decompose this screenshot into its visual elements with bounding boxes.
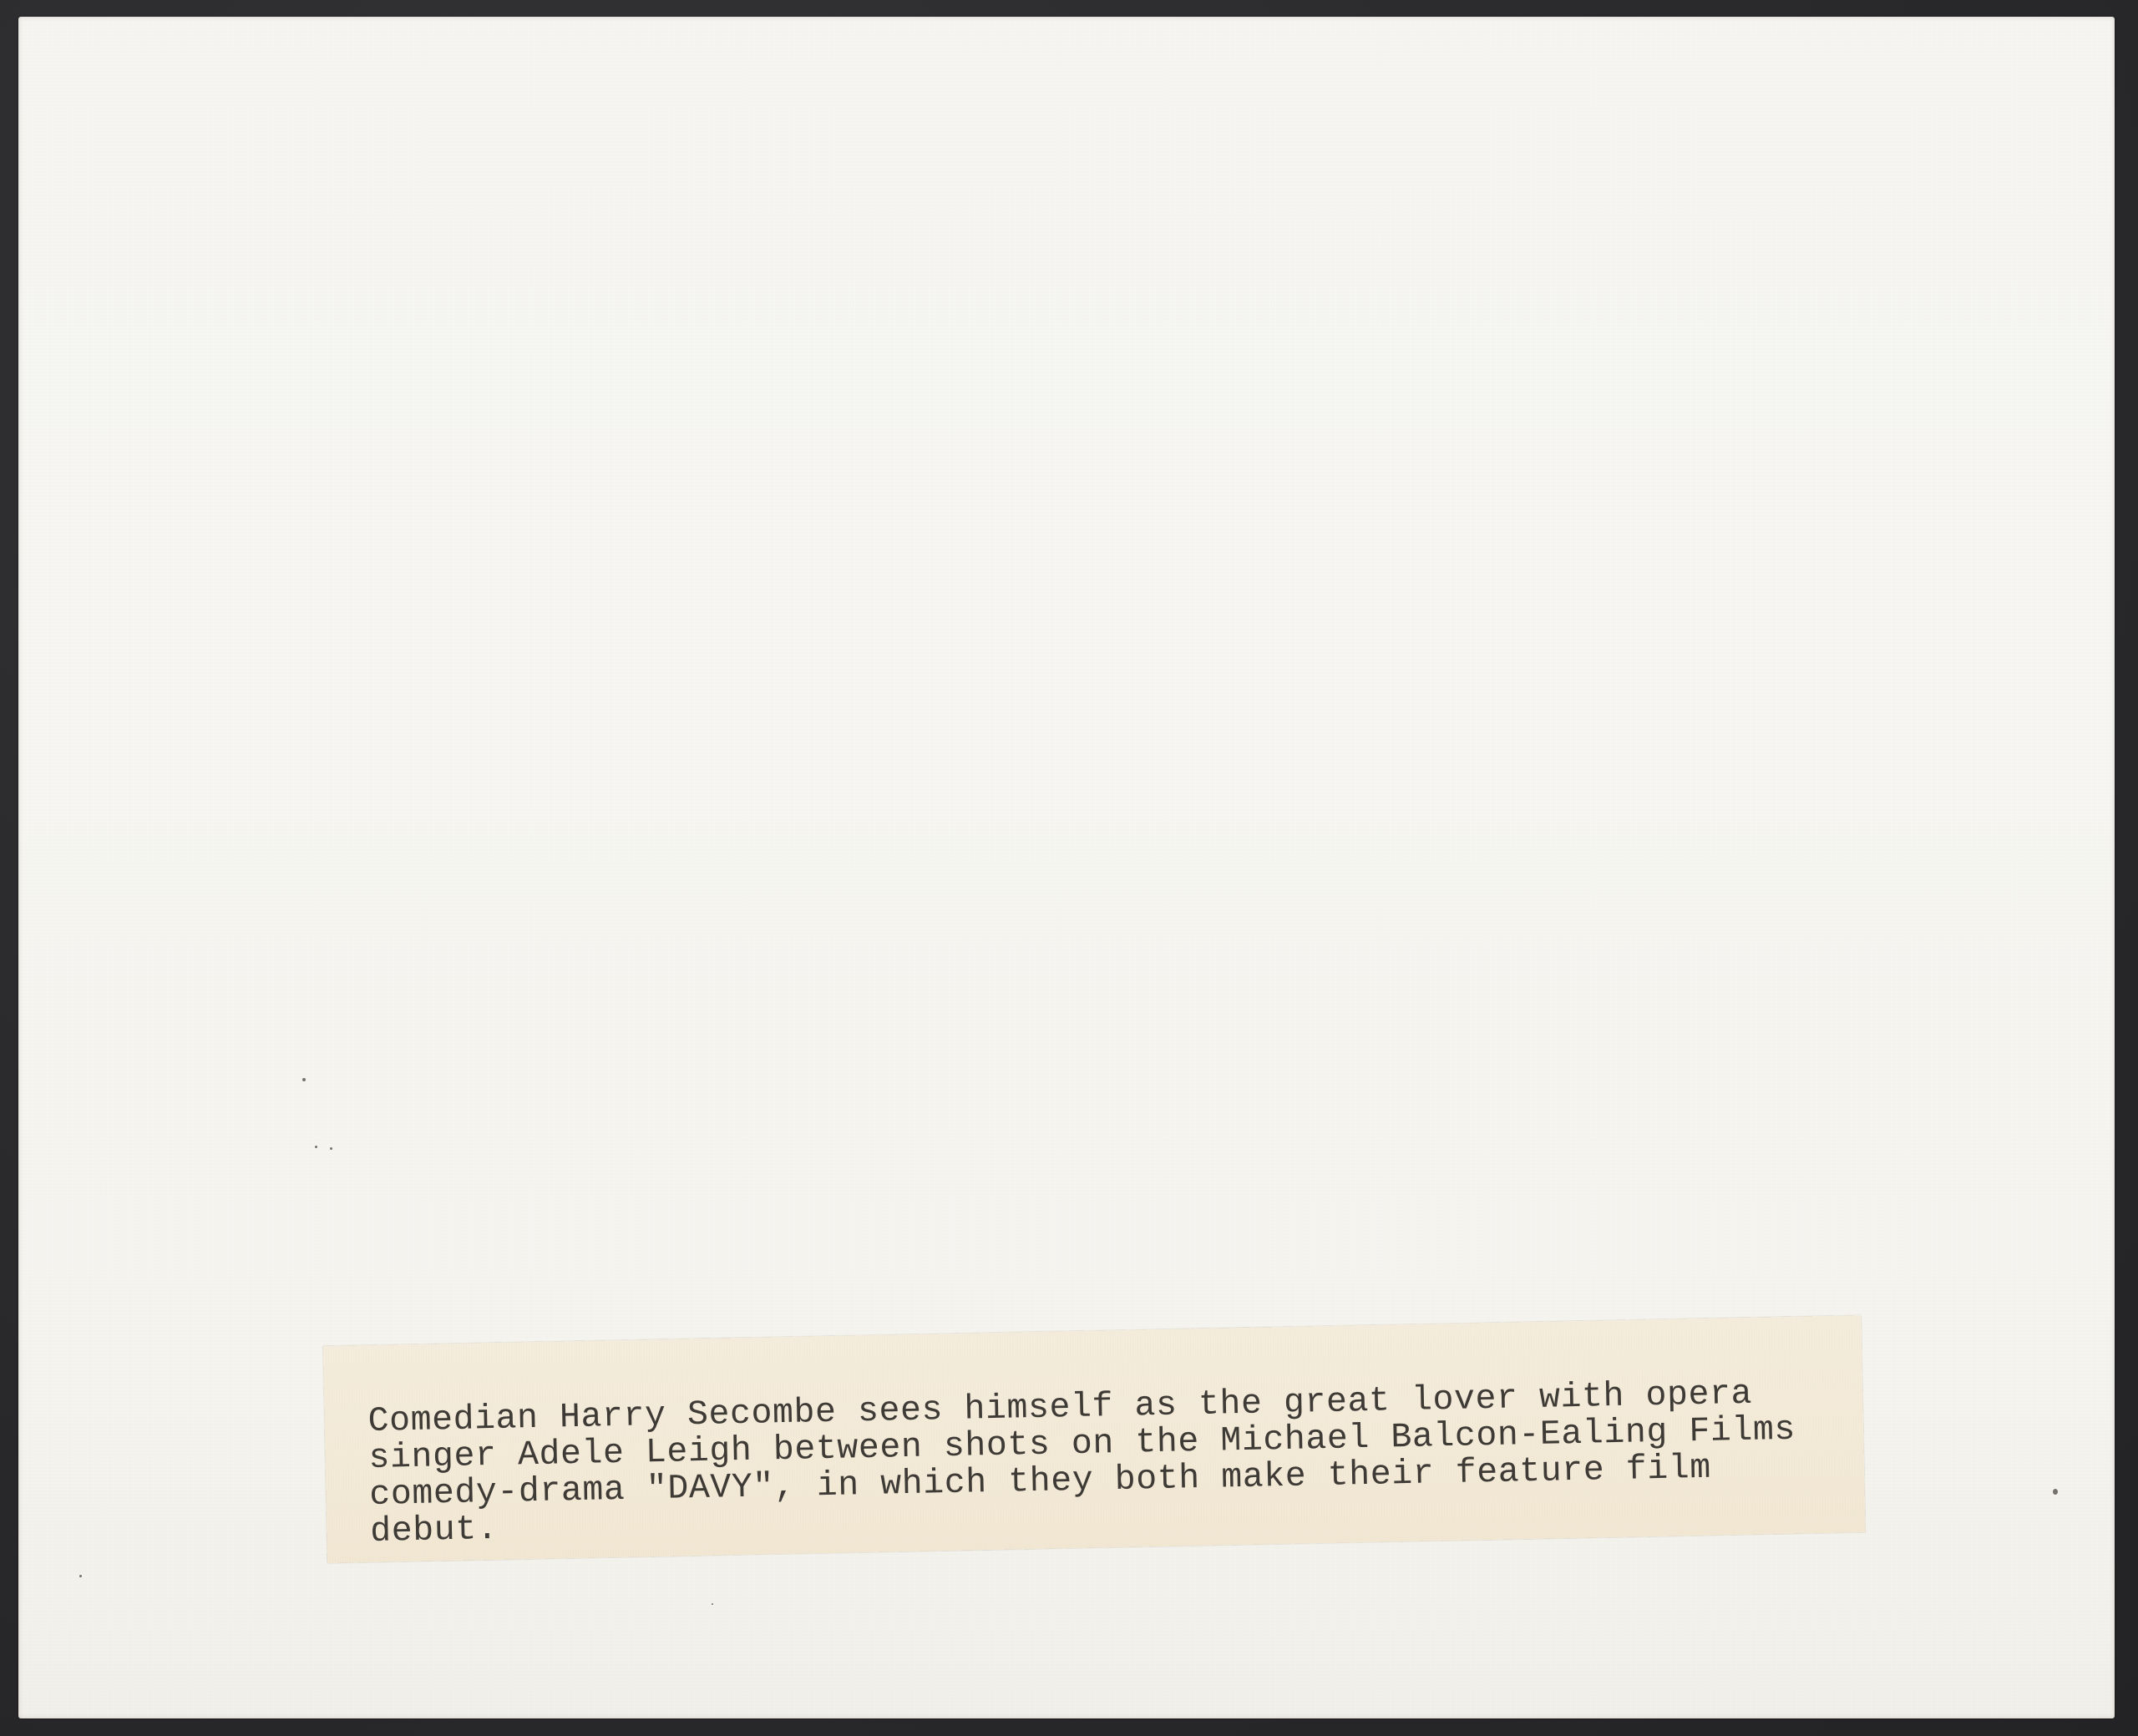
paper-speck — [2053, 1489, 2058, 1495]
typed-caption-slip: Comedian Harry Secombe sees himself as t… — [323, 1315, 1866, 1563]
paper-speck — [315, 1146, 317, 1148]
paper-speck — [302, 1078, 306, 1081]
paper-speck — [712, 1603, 713, 1605]
paper-speck — [330, 1147, 332, 1150]
paper-speck — [79, 1575, 82, 1577]
caption-text: Comedian Harry Secombe sees himself as t… — [367, 1375, 1797, 1551]
